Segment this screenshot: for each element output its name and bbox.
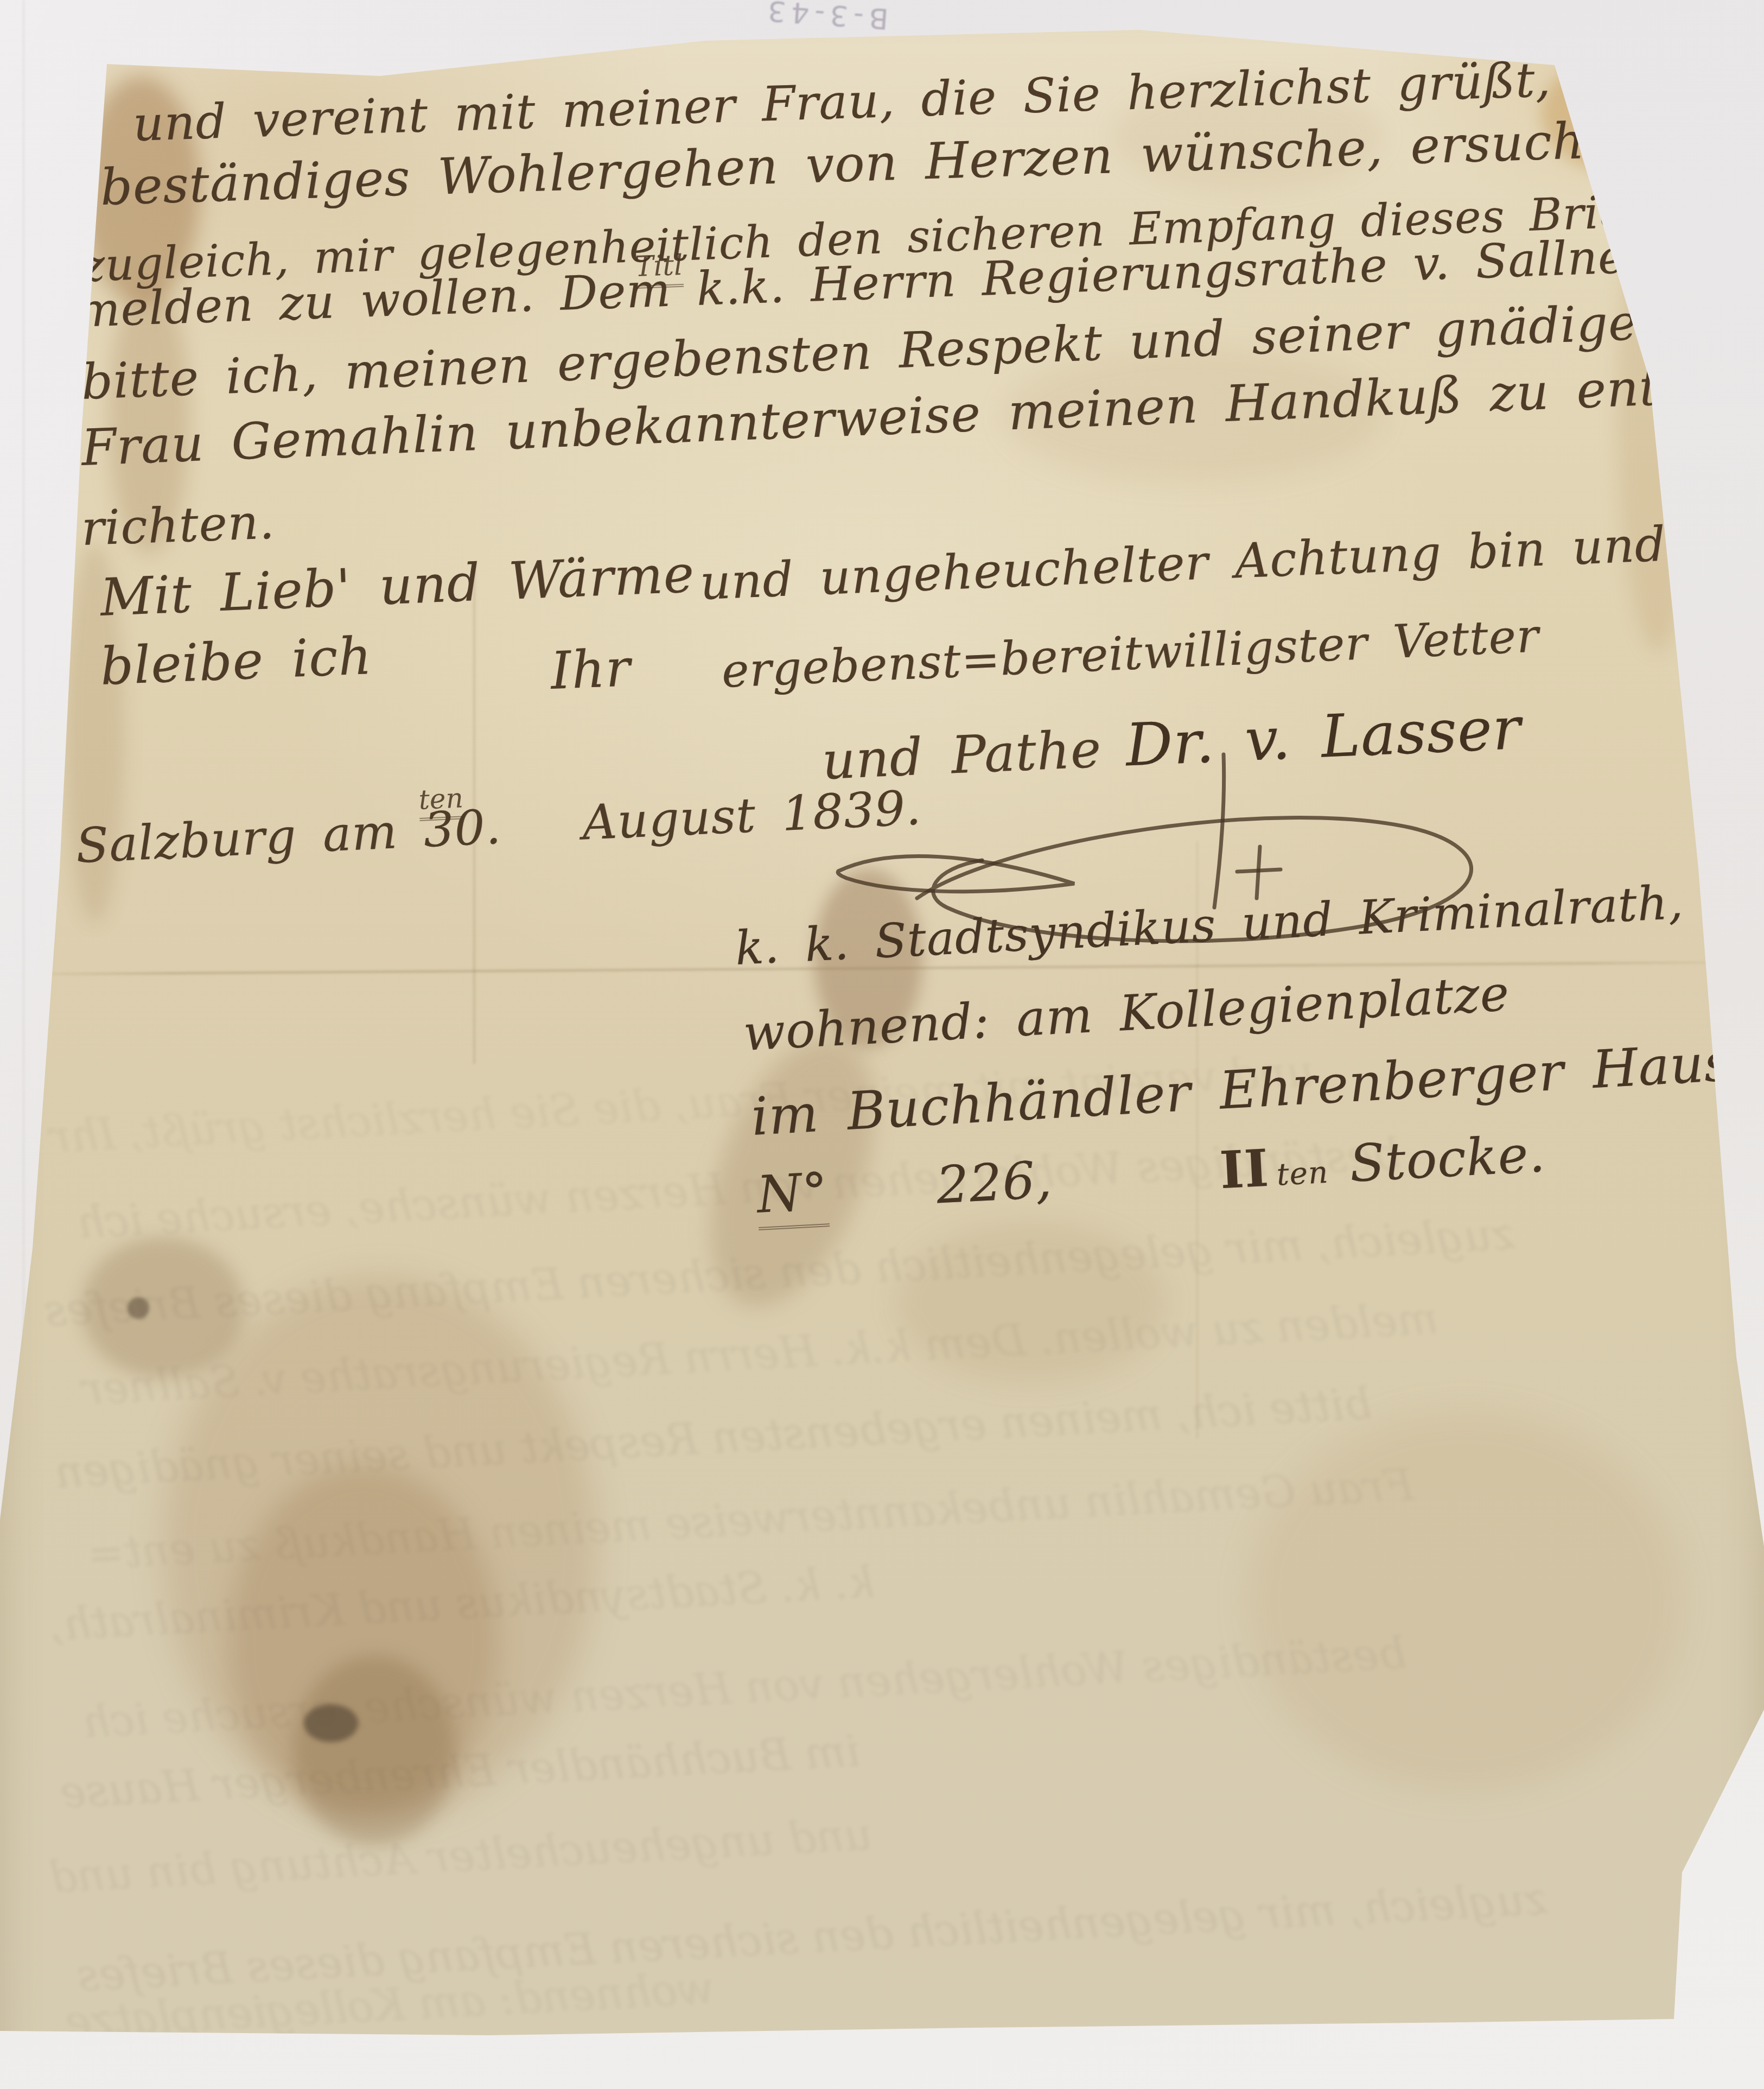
house-number: 226, <box>935 1151 1054 1216</box>
titl-superscript: Titl <box>634 249 684 289</box>
ghost-line: bitte ich, meinen ergebensten Respekt un… <box>54 1382 1373 1494</box>
floor-roman-numeral: II <box>1218 1139 1270 1201</box>
address-house-number-line: N°226,IItenStocke. <box>756 1128 1547 1221</box>
water-stain <box>228 1465 499 1818</box>
house-number-gap-1 <box>829 1203 938 1209</box>
closing-right-2: ergebenst=bereitwilligster Vetter <box>721 613 1540 695</box>
letter-line-7: richten. <box>80 498 275 553</box>
ghost-line: melden zu wollen. Dem k.k. Herrn Regieru… <box>81 1297 1440 1412</box>
ghost-line: Frau Gemahlin unbekannterweise meinen Ha… <box>87 1463 1415 1576</box>
house-number-label: N° <box>755 1162 830 1230</box>
address-line-2: wohnend: am Kollegienplatze <box>742 969 1511 1058</box>
water-stain <box>163 1275 597 1818</box>
signature-prefix: und Pathe <box>821 720 1103 791</box>
water-stain <box>81 1237 244 1379</box>
stain-blob <box>1248 1411 1682 1791</box>
floor-sup: ten <box>1276 1155 1329 1193</box>
closing-ihr: Ihr <box>550 643 632 697</box>
photo-stage: B-3-43 und vereint mit meiner Frau, die … <box>0 0 1764 2089</box>
closing-left-1: Mit Lieb' und Wärme <box>99 549 696 624</box>
letter-paper: und vereint mit meiner Frau, die Sie her… <box>0 0 1764 2089</box>
stain-blob <box>895 1221 1167 1384</box>
ghost-line: und ungeheuchelter Achtung bin und <box>48 1813 873 1899</box>
dateline-gap <box>502 840 583 843</box>
ghost-line: k. k. Stadtsyndikus und Kriminalrath, <box>48 1560 875 1647</box>
floor-rest: Stocke. <box>1348 1125 1547 1194</box>
ghost-line: beständiges Wohlergehen von Herzen wünsc… <box>81 1631 1408 1744</box>
dateline-rest: August 1839. <box>581 779 922 850</box>
ghost-line: im Buchhändler Ehrenberger Hause <box>59 1729 861 1814</box>
house-number-gap-2 <box>1053 1188 1221 1197</box>
dateline: Salzburg am 30.August 1839. <box>75 784 922 870</box>
closing-right-1: und ungeheuchelter Achtung bin und <box>699 520 1666 607</box>
water-stain <box>293 1655 456 1845</box>
ink-speck <box>128 1297 149 1319</box>
closing-left-2: bleibe ich <box>99 631 373 693</box>
signature-line: und PatheDr. v. Lasser <box>821 700 1523 789</box>
address-line-1: k. k. Stadtsyndikus und Kriminalrath, <box>734 879 1684 972</box>
ghost-line: zugleich, mir gelegenheitlich den sicher… <box>43 1212 1516 1333</box>
backing-sheet-crease <box>23 0 24 1520</box>
ink-blot <box>304 1704 358 1742</box>
signature-name: Dr. v. Lasser <box>1124 695 1523 780</box>
date-superscript: ten <box>418 782 464 821</box>
ghost-line: zugleich, mir gelegenheitlich den sicher… <box>76 1877 1549 1998</box>
